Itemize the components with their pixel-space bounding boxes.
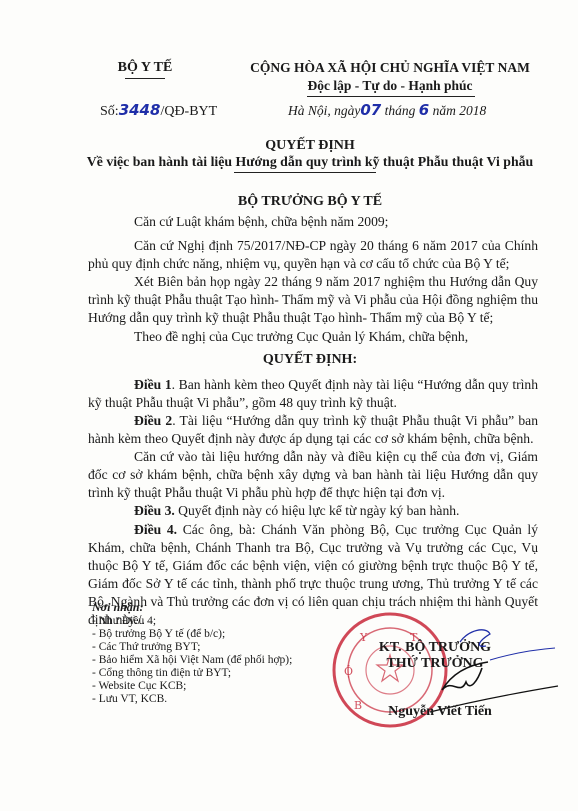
svg-text:Ộ: Ộ — [344, 664, 353, 678]
recipient-item: - Website Cục KCB; — [92, 680, 186, 694]
number-suffix: /QĐ-BYT — [160, 104, 217, 119]
article-2-label: Điều 2 — [134, 413, 172, 428]
article-1: Điều 1. Ban hành kèm theo Quyết định này… — [88, 376, 538, 412]
date-month: 6 — [419, 101, 429, 119]
number-prefix: Số: — [100, 104, 119, 119]
article-2-note: Căn cứ vào tài liệu hướng dẫn này và điề… — [88, 448, 538, 502]
article-1-label: Điều 1 — [134, 377, 172, 392]
article-2: Điều 2. Tài liệu “Hướng dẫn quy trình kỹ… — [88, 412, 538, 448]
date-month-label: tháng — [385, 103, 416, 118]
article-3: Điều 3. Quyết định này có hiệu lực kể từ… — [88, 502, 538, 520]
document-subject: Về việc ban hành tài liệu Hướng dẫn quy … — [70, 154, 550, 170]
svg-text:Y: Y — [359, 631, 368, 644]
number-handwritten: 3448 — [119, 101, 161, 119]
recipient-item: - Như Điều 4; — [92, 615, 156, 629]
national-motto: Độc lập - Tự do - Hạnh phúc — [245, 78, 535, 94]
document-heading: QUYẾT ĐỊNH — [80, 138, 540, 154]
recipient-item: - Lưu VT, KCB. — [92, 693, 167, 707]
date-day: 07 — [360, 101, 381, 119]
preamble-1: Căn cứ Luật khám bệnh, chữa bệnh năm 200… — [88, 213, 538, 231]
recipients-heading: Nơi nhận: — [92, 600, 143, 615]
document-number: Số:3448/QĐ-BYT — [100, 101, 217, 120]
agency-name: BỘ Y TẾ — [100, 60, 190, 76]
date-year: năm 2018 — [433, 103, 487, 118]
preamble-2: Căn cứ Nghị định 75/2017/NĐ-CP ngày 20 t… — [88, 237, 538, 273]
issuer-title: BỘ TRƯỞNG BỘ Y TẾ — [80, 194, 540, 210]
preamble-3: Xét Biên bản họp ngày 22 tháng 9 năm 201… — [88, 273, 538, 327]
date-prefix: Hà Nội, ngày — [288, 103, 360, 118]
recipient-item: - Bộ trưởng Bộ Y tế (để b/c); — [92, 628, 225, 642]
agency-underline — [125, 78, 165, 79]
issue-date: Hà Nội, ngày07 tháng 6 năm 2018 — [288, 101, 486, 119]
article-3-label: Điều 3. — [134, 503, 175, 518]
preamble-4: Theo đề nghị của Cục trưởng Cục Quản lý … — [88, 328, 538, 346]
svg-text:B: B — [354, 699, 362, 712]
recipient-item: - Cổng thông tin điện tử BYT; — [92, 667, 231, 681]
recipient-item: - Bảo hiểm Xã hội Việt Nam (để phối hợp)… — [92, 654, 292, 668]
motto-underline — [307, 96, 475, 97]
country-name: CỘNG HÒA XÃ HỘI CHỦ NGHĨA VIỆT NAM — [245, 60, 535, 76]
article-4-text: Các ông, bà: Chánh Văn phòng Bộ, Cục trư… — [88, 522, 538, 627]
article-4: Điều 4. Các ông, bà: Chánh Văn phòng Bộ,… — [88, 521, 538, 629]
article-4-label: Điều 4. — [134, 522, 177, 537]
recipient-item: - Các Thứ trưởng BYT; — [92, 641, 200, 655]
article-3-text: Quyết định này có hiệu lực kể từ ngày ký… — [175, 503, 460, 518]
subject-underline — [234, 172, 376, 173]
signer-name: Nguyễn Viết Tiến — [365, 704, 515, 720]
decision-heading: QUYẾT ĐỊNH: — [80, 352, 540, 368]
